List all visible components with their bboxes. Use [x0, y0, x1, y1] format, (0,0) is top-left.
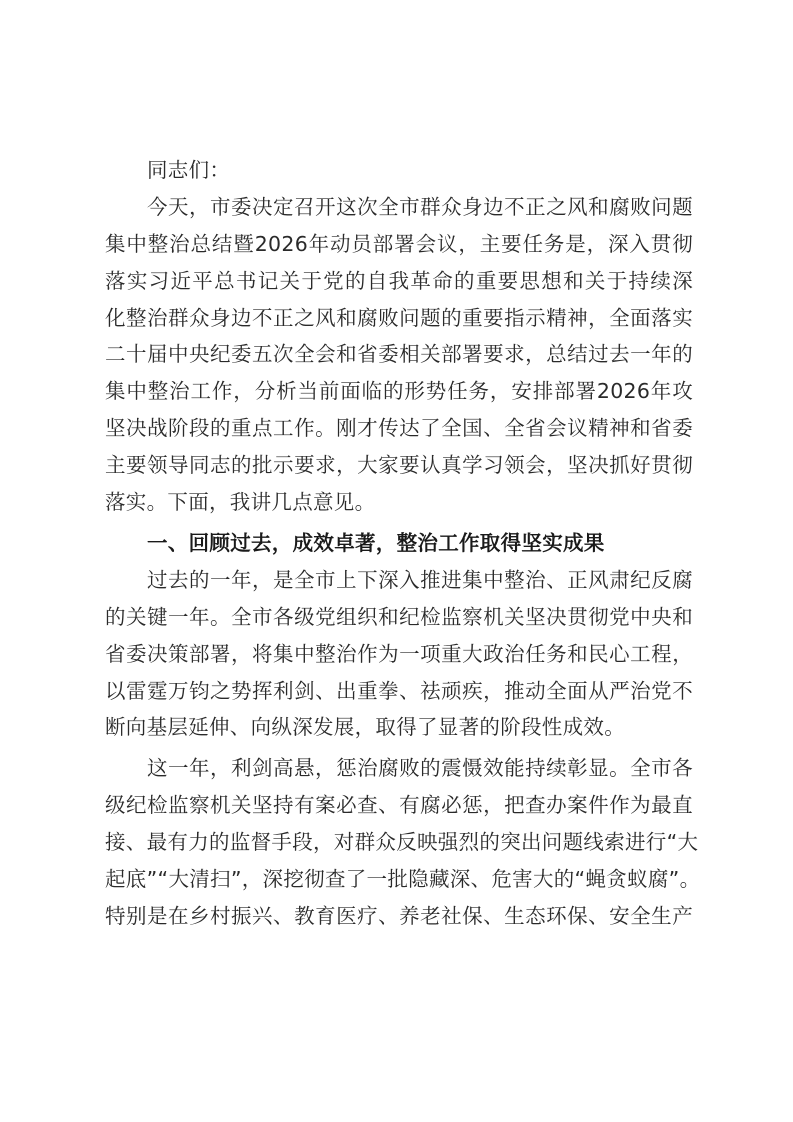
- paragraph-line: 接、最有力的监督手段，对群众反映强烈的突出问题线索进行“大: [105, 824, 693, 861]
- paragraph-line: 集中整治总结暨2026年动员部署会议，主要任务是，深入贯彻: [105, 226, 693, 263]
- paragraph-line: 化整治群众身边不正之风和腐败问题的重要指示精神，全面落实: [105, 300, 693, 337]
- document-page: 同志们： 今天，市委决定召开这次全市群众身边不正之风和腐败问题 集中整治总结暨2…: [0, 0, 793, 1122]
- paragraph-review: 过去的一年，是全市上下深入推进集中整治、正风肃纪反腐 的关键一年。全市各级党组织…: [105, 562, 693, 746]
- section-heading: 一、回顾过去，成效卓著，整治工作取得坚实成果: [105, 525, 693, 562]
- paragraph-line: 集中整治工作，分析当前面临的形势任务，安排部署2026年攻: [105, 373, 693, 410]
- paragraph-line: 断向基层延伸、向纵深发展，取得了显著的阶段性成效。: [105, 709, 693, 746]
- salutation: 同志们：: [105, 152, 693, 189]
- paragraph-line: 二十届中央纪委五次全会和省委相关部署要求，总结过去一年的: [105, 336, 693, 373]
- paragraph-line: 主要领导同志的批示要求，大家要认真学习领会，坚决抓好贯彻: [105, 447, 693, 484]
- paragraph-line: 级纪检监察机关坚持有案必查、有腐必惩，把查办案件作为最直: [105, 787, 693, 824]
- paragraph-line: 坚决战阶段的重点工作。刚才传达了全国、全省会议精神和省委: [105, 410, 693, 447]
- paragraph-line: 的关键一年。全市各级党组织和纪检监察机关坚决贯彻党中央和: [105, 599, 693, 636]
- paragraph-anti-corruption: 这一年，利剑高悬，惩治腐败的震慑效能持续彰显。全市各 级纪检监察机关坚持有案必查…: [105, 750, 693, 934]
- paragraph-opening: 今天，市委决定召开这次全市群众身边不正之风和腐败问题 集中整治总结暨2026年动…: [105, 189, 693, 521]
- paragraph-line: 起底”“大清扫”，深挖彻查了一批隐藏深、危害大的“蝇贪蚁腐”。: [105, 861, 693, 898]
- paragraph-line: 省委决策部署，将集中整治作为一项重大政治任务和民心工程，: [105, 636, 693, 673]
- paragraph-line: 以雷霆万钧之势挥利剑、出重拳、祛顽疾，推动全面从严治党不: [105, 673, 693, 710]
- paragraph-line: 落实。下面，我讲几点意见。: [105, 484, 693, 521]
- paragraph-line: 落实习近平总书记关于党的自我革命的重要思想和关于持续深: [105, 263, 693, 300]
- speech-body: 同志们： 今天，市委决定召开这次全市群众身边不正之风和腐败问题 集中整治总结暨2…: [105, 152, 693, 935]
- paragraph-line: 过去的一年，是全市上下深入推进集中整治、正风肃纪反腐: [105, 562, 693, 599]
- paragraph-line: 今天，市委决定召开这次全市群众身边不正之风和腐败问题: [105, 189, 693, 226]
- paragraph-line: 特别是在乡村振兴、教育医疗、养老社保、生态环保、安全生产: [105, 898, 693, 935]
- paragraph-line: 这一年，利剑高悬，惩治腐败的震慑效能持续彰显。全市各: [105, 750, 693, 787]
